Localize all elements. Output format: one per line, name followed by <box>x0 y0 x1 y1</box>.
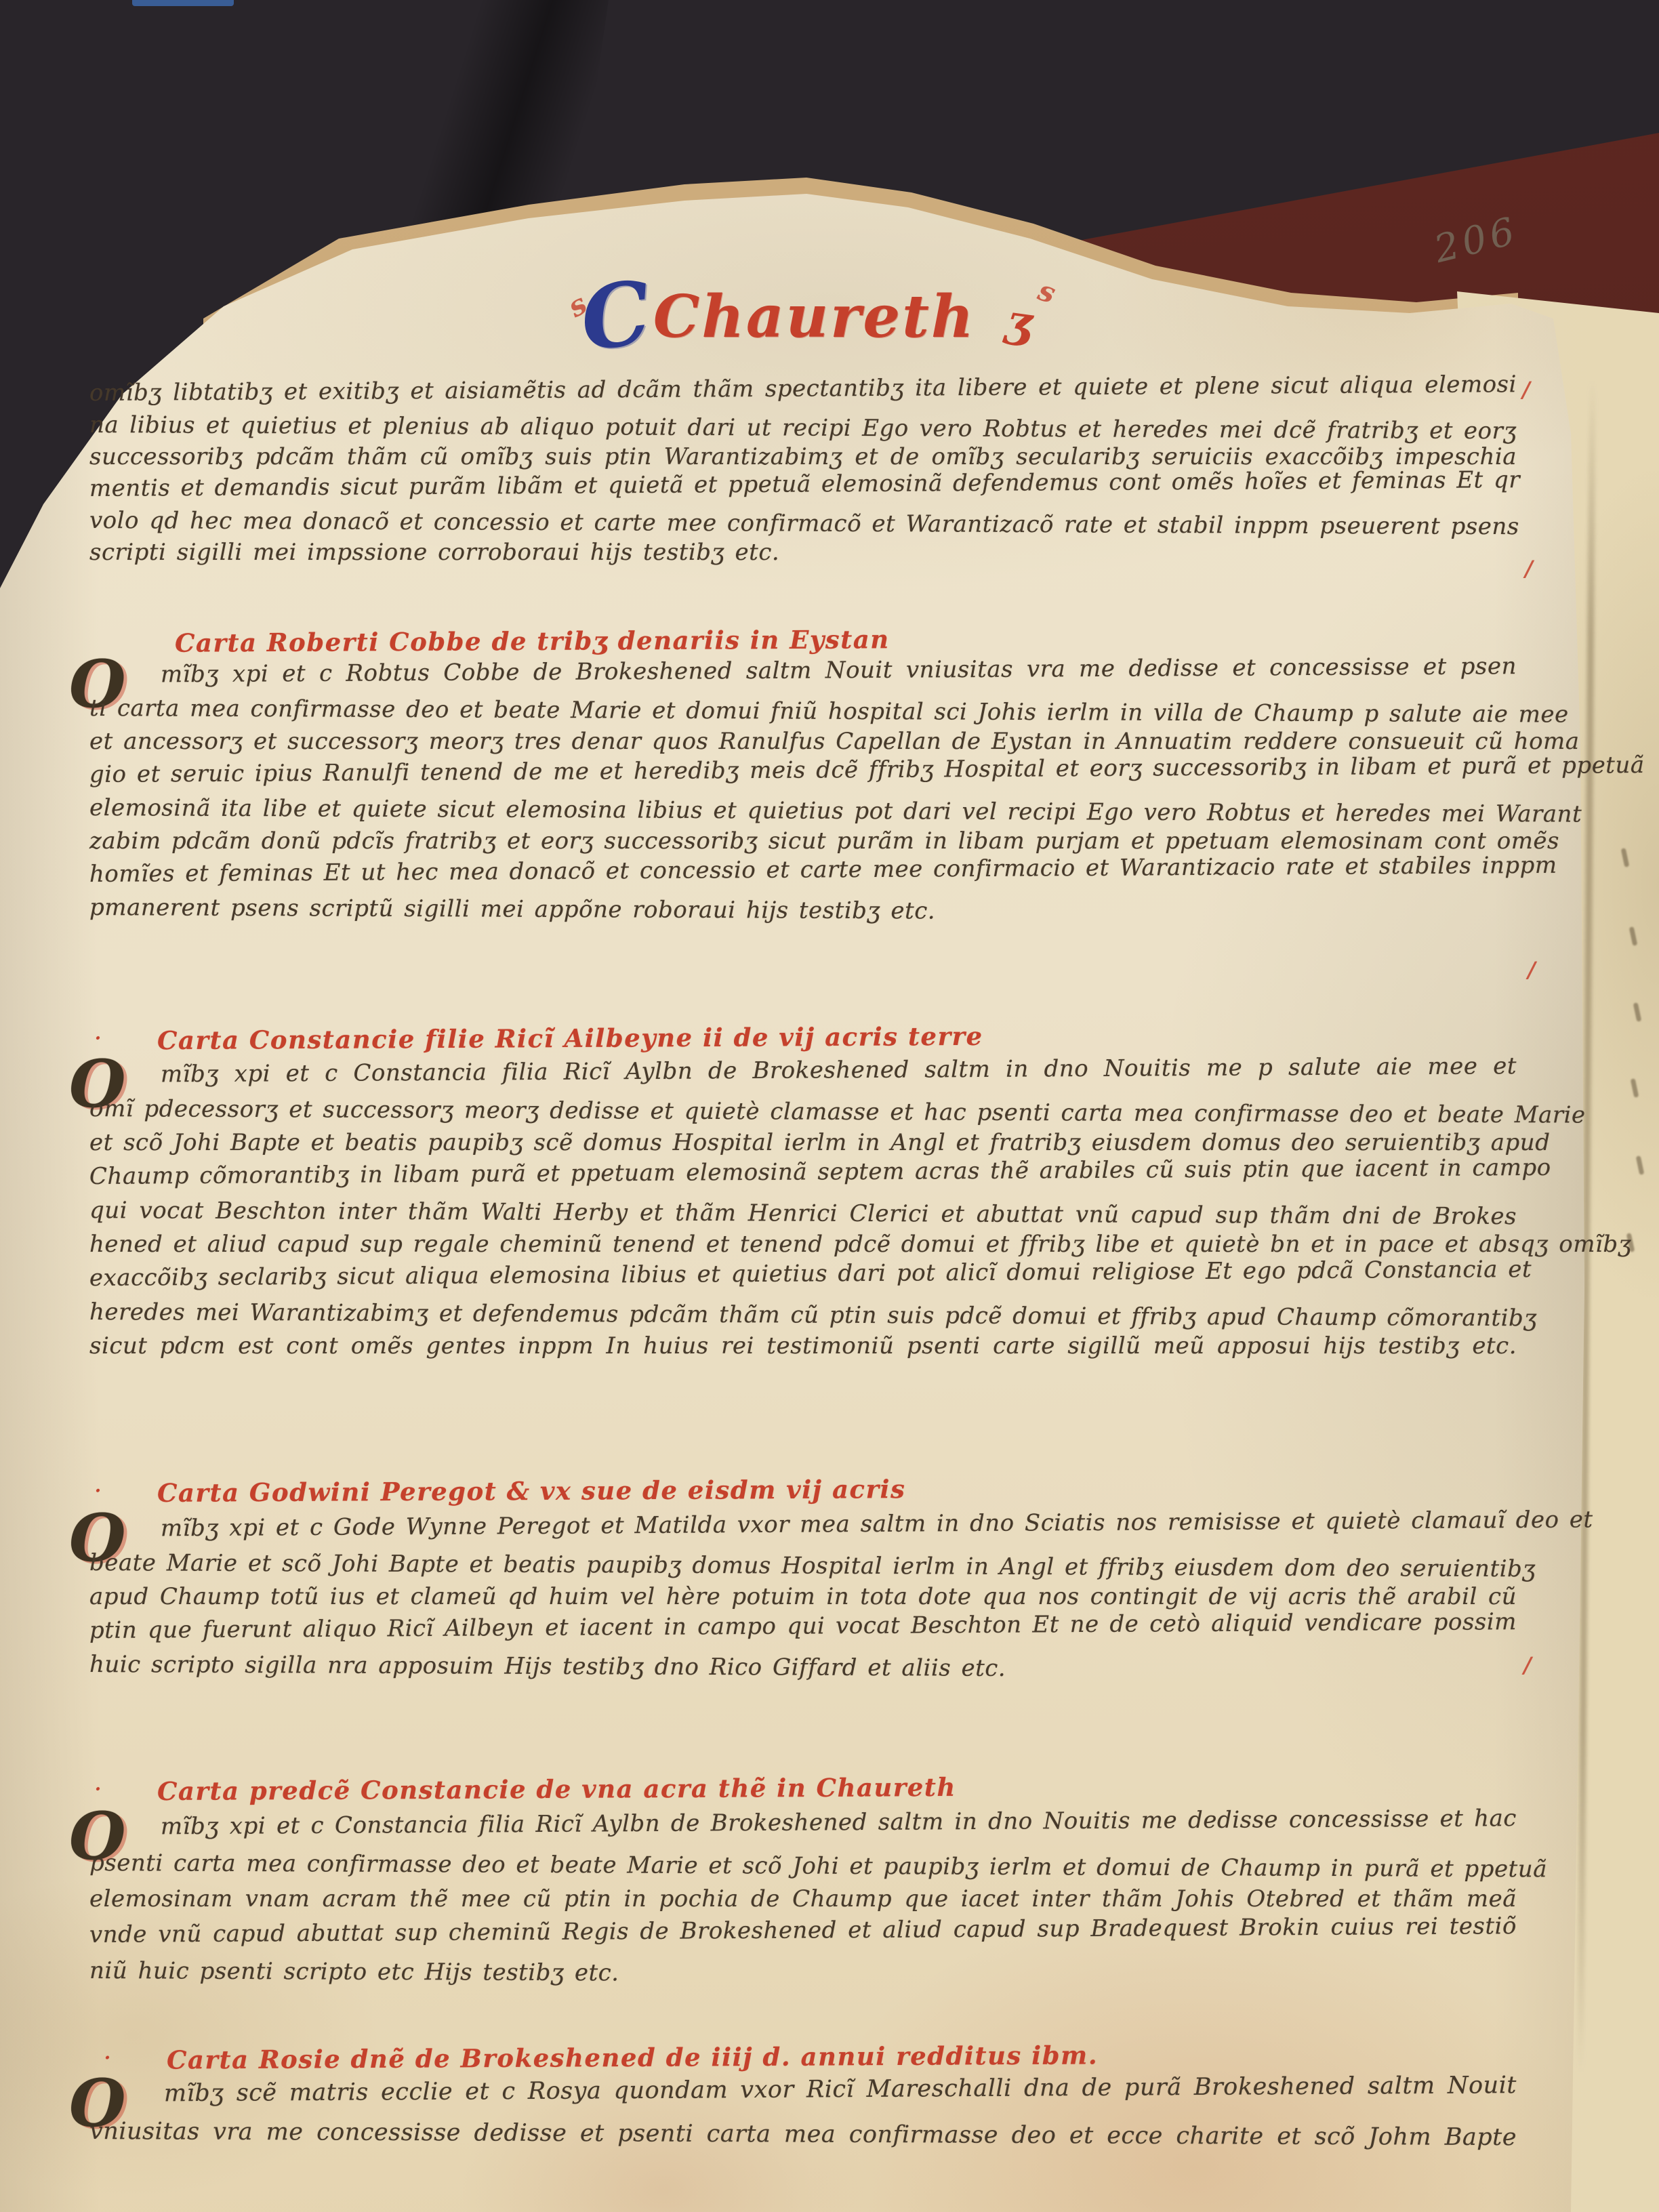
manuscript-line: beate Marie et scõ Johi Bapte et beatis … <box>89 1549 1517 1589</box>
charter-paragraph: Omĩbʒ xpi et c Constancia filia Ricĩ Ayl… <box>89 1061 1517 1366</box>
photo-backdrop: 206 s CChaurethʒ s omĩbʒ libtatibʒ et ex… <box>0 0 1659 2212</box>
charter-rubric: ·Carta Constancie filie Ricĩ Ailbeyne ii… <box>157 1023 983 1053</box>
manuscript-line: huic scripto sigilla nra apposuim Hijs t… <box>89 1651 1517 1691</box>
charter-paragraph: Omĩbʒ xpi et c Constancia filia Ricĩ Ayl… <box>89 1814 1517 1993</box>
paraph-mark: C <box>578 282 654 351</box>
red-pen-mark: ∕ <box>1523 1652 1532 1678</box>
charter-rubric: ·Carta Rosie dnẽ de Brokeshened de iiij … <box>167 2043 1098 2072</box>
charter-rubric: ·Carta Godwini Peregot & vx sue de eisdm… <box>157 1476 905 1506</box>
title-flourish: ʒ <box>1003 293 1036 349</box>
charter-paragraph: Omĩbʒ xpi et c Gode Wynne Peregot et Mat… <box>89 1515 1517 1685</box>
book-support-strap <box>132 0 234 6</box>
charter-paragraph: Omĩbʒ scẽ matris ecclie et c Rosya quond… <box>89 2081 1517 2155</box>
manuscript-line: volo qd hec mea donacõ et concessio et c… <box>89 507 1517 545</box>
manuscript-line: niũ huic psenti scripto etc Hijs testibʒ… <box>89 1957 1517 1999</box>
manuscript-line: heredes mei Warantizabimʒ et defendemus … <box>89 1298 1517 1338</box>
page-title: s CChaurethʒ s <box>580 276 1032 348</box>
manuscript-line: elemosinã ita libe et quiete sicut elemo… <box>89 794 1517 834</box>
manuscript-line: ti carta mea confirmasse deo et beate Ma… <box>89 695 1517 734</box>
charter-paragraph: omĩbʒ libtatibʒ et exitibʒ et aisiamẽtis… <box>89 380 1517 571</box>
rubric-text: ·Carta Rosie dnẽ de Brokeshened de iiij … <box>167 2040 1098 2074</box>
charter-paragraph: Omĩbʒ xpi et c Robtus Cobbe de Brokeshen… <box>89 661 1517 927</box>
manuscript-line: mĩbʒ scẽ matris ecclie et c Rosya quonda… <box>89 2072 1517 2118</box>
manuscript-line: vniusitas vra me concessisse dedisse et … <box>89 2118 1517 2161</box>
rubric-text: ·Carta Constancie filie Ricĩ Ailbeyne ii… <box>157 1021 983 1055</box>
manuscript-line: omĩ pdecessorʒ et successorʒ meorʒ dedis… <box>89 1095 1517 1135</box>
rubric-text: Carta Roberti Cobbe de tribʒ denariis in… <box>175 624 890 658</box>
red-pen-mark: ∕ <box>1525 556 1533 581</box>
title-text: Chaureth <box>653 287 976 348</box>
red-pen-mark: ∕ <box>1522 377 1530 403</box>
manuscript-line: psenti carta mea confirmasse deo et beat… <box>89 1849 1517 1891</box>
rubric-text: ·Carta Godwini Peregot & vx sue de eisdm… <box>157 1474 906 1508</box>
red-pen-mark: ∕ <box>1528 957 1536 983</box>
rubric-bullet: · <box>95 1481 102 1501</box>
rubric-text: ·Carta predcẽ Constancie de vna acra thẽ… <box>157 1772 956 1806</box>
rubric-bullet: · <box>95 1780 102 1800</box>
charter-rubric: ·Carta predcẽ Constancie de vna acra thẽ… <box>157 1774 956 1804</box>
manuscript-line: pmanerent psens scriptũ sigilli mei appõ… <box>89 894 1517 933</box>
charter-rubric: Carta Roberti Cobbe de tribʒ denariis in… <box>175 626 890 656</box>
manuscript-line: qui vocat Beschton inter thãm Walti Herb… <box>89 1197 1517 1237</box>
manuscript-line: na libius et quietius et plenius ab aliq… <box>89 411 1517 449</box>
